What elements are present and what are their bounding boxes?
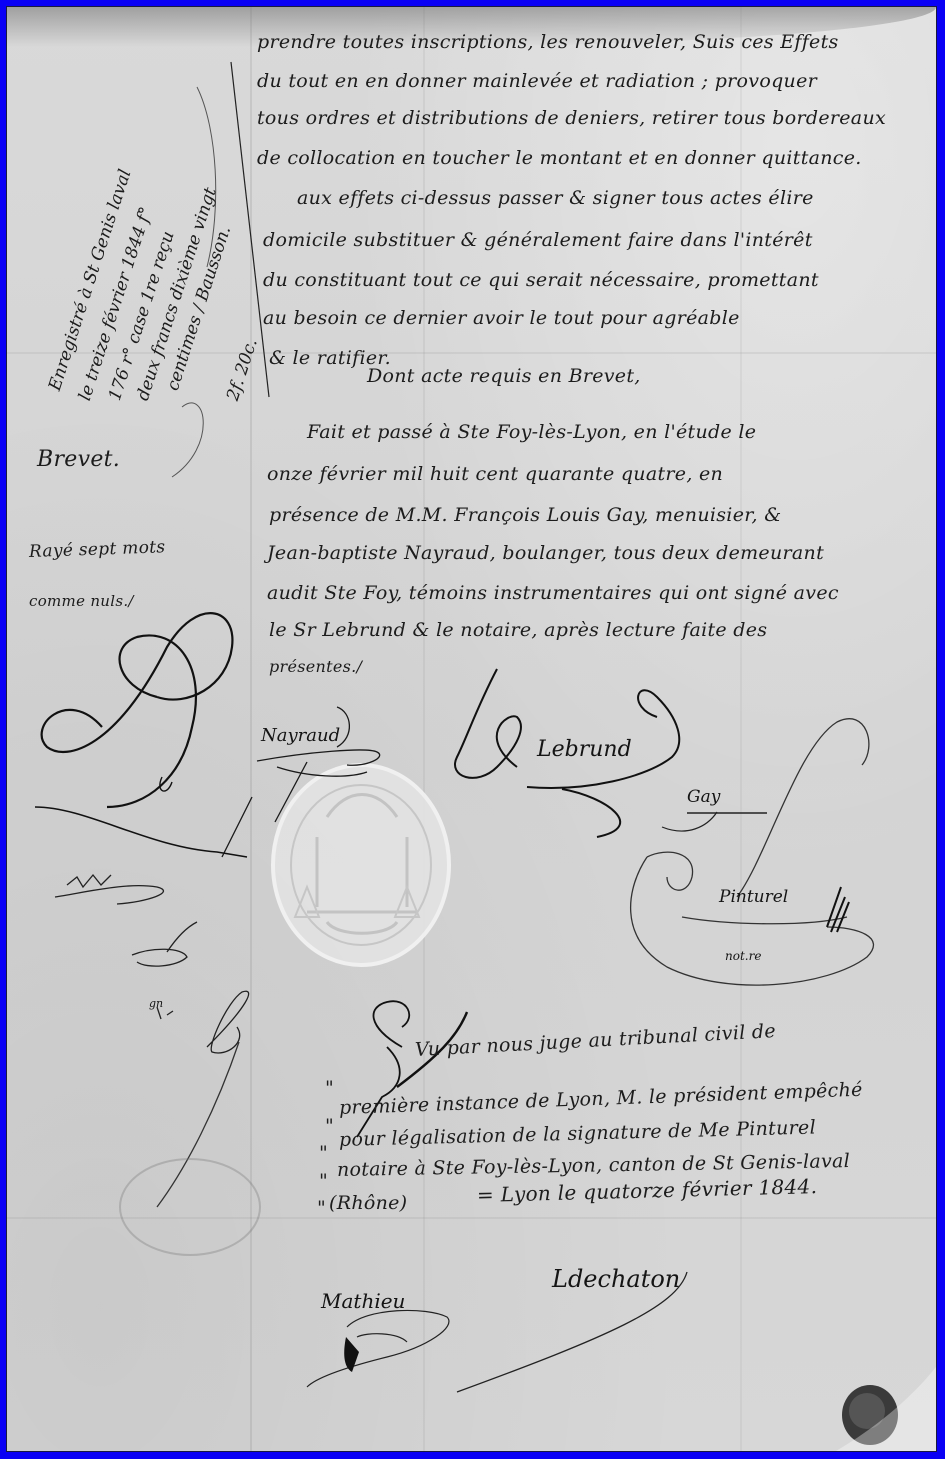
initials-flourish <box>35 613 247 857</box>
body-line: le Sr Lebrund & le notaire, après lectur… <box>269 619 767 641</box>
body-line: au besoin ce dernier avoir le tout pour … <box>263 307 740 329</box>
signature-pinturel: Pinturel <box>719 887 788 907</box>
ditto-mark: " <box>319 1142 328 1164</box>
embossed-seal <box>273 765 449 965</box>
body-line: onze février mil huit cent quarante quat… <box>267 463 723 485</box>
body-line: du tout en en donner mainlevée et radiat… <box>257 70 817 92</box>
legalisation-line: (Rhône) <box>329 1192 407 1214</box>
body-line: présence de M.M. François Louis Gay, men… <box>269 504 781 526</box>
body-line: tous ordres et distributions de deniers,… <box>257 107 886 129</box>
body-line: du constituant tout ce qui serait nécess… <box>263 269 819 291</box>
signature-greffier: Mathieu <box>321 1289 405 1313</box>
body-line: prendre toutes inscriptions, les renouve… <box>257 31 839 53</box>
signature-lebrund: Lebrund <box>537 737 632 762</box>
body-line: aux effets ci-dessus passer & signer tou… <box>297 187 814 209</box>
brevet-label: Brevet. <box>37 447 120 472</box>
ditto-mark: " <box>325 1077 334 1099</box>
ink-blot <box>344 1337 359 1372</box>
signature-nayraud: Nayraud <box>261 725 340 746</box>
paraph-initials: gn <box>149 997 163 1010</box>
body-line: de collocation en toucher le montant et … <box>257 147 862 169</box>
body-line: Jean-baptiste Nayraud, boulanger, tous d… <box>267 542 824 564</box>
ditto-mark: " <box>325 1115 334 1137</box>
ditto-mark: " <box>317 1197 326 1219</box>
body-line: Fait et passé à Ste Foy-lès-Lyon, en l'é… <box>307 421 756 443</box>
signature-gay: Gay <box>687 787 720 807</box>
body-line: Dont acte requis en Brevet, <box>367 365 641 387</box>
document-frame: Enregistré à St Genis laval le treize fé… <box>6 6 937 1452</box>
body-line: audit Ste Foy, témoins instrumentaires q… <box>267 582 839 604</box>
registration-margin-note: Enregistré à St Genis laval le treize fé… <box>35 67 245 397</box>
body-line: présentes./ <box>269 657 362 676</box>
struck-words-note-2: comme nuls./ <box>29 592 134 610</box>
ditto-mark: " <box>319 1170 328 1192</box>
body-line: domicile substituer & généralement faire… <box>263 229 813 251</box>
notaire-abbreviation: not.re <box>725 949 761 963</box>
signature-judge: Ldechaton <box>552 1265 680 1293</box>
